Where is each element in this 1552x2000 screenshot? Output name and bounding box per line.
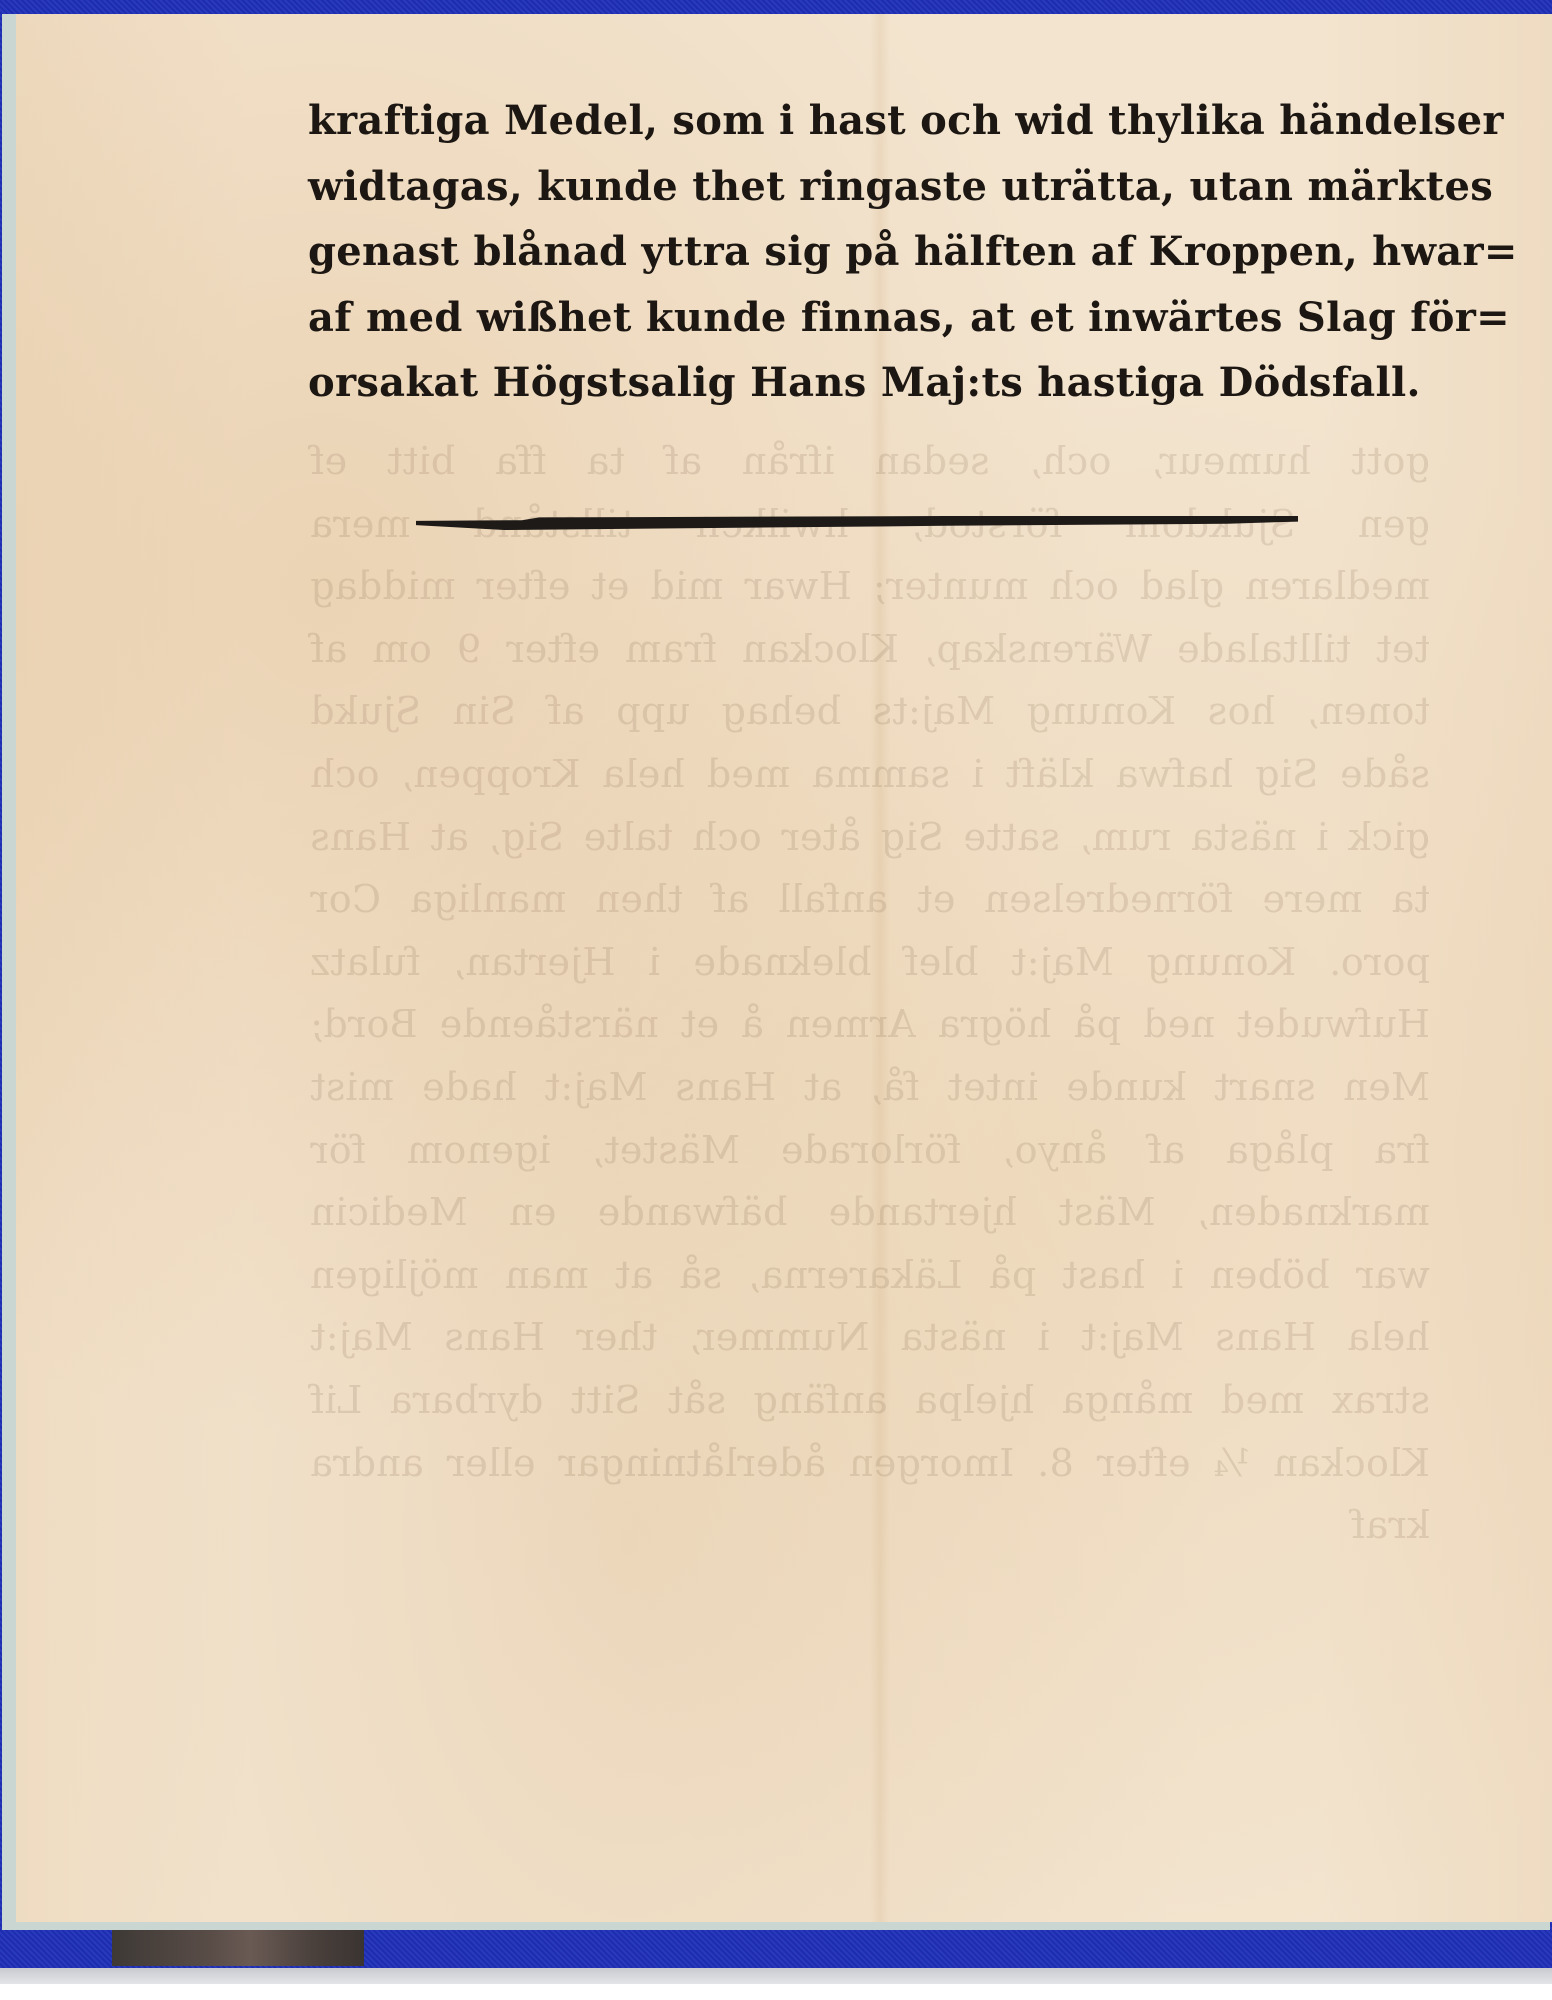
- bleed-line: gott humeur, och, sedan ifrån af ta ffa …: [310, 430, 1430, 493]
- paragraph-line-3: genast blånad yttra sig på hälften af Kr…: [308, 219, 1438, 285]
- bleed-line: Klockan ¼ efter 8. Imorgen åderlåtningar…: [310, 1432, 1430, 1495]
- bleed-line: poro. Konung Maj:t blef bleknade i Hjert…: [310, 931, 1430, 994]
- bleed-line: Men snart kunde intet få, at Hans Maj:t …: [310, 1056, 1430, 1119]
- bleed-line: Hufwudet ned på högra Armen å et närståe…: [310, 993, 1430, 1056]
- bleed-line: war böben i hast på Läkarerna, så at man…: [310, 1244, 1430, 1307]
- bleed-line: tonen, hos Konung Maj:ts behag upp af Si…: [310, 680, 1430, 743]
- bleed-line: kraf: [310, 1494, 1430, 1557]
- bleed-line: marknaden, Mäst hjertande bäfwande en Me…: [310, 1181, 1430, 1244]
- paragraph-line-5: orsakat Högstsalig Hans Maj:ts hastiga D…: [308, 350, 1438, 416]
- bleed-line: fra plåga af ånyo, förlorade Mästet, ige…: [310, 1119, 1430, 1182]
- bleed-line: hela Hans Maj:t i nästa Nummer, ther Han…: [310, 1306, 1430, 1369]
- paragraph-line-4: af med wißhet kunde finnas, at et inwärt…: [308, 285, 1438, 351]
- bleed-line: ta mere förnedrelsen et anfall af then m…: [310, 868, 1430, 931]
- bleed-line: tet tilltalade Wärenskap, Klockan fram e…: [310, 618, 1430, 681]
- show-through-text: gott humeur, och, sedan ifrån af ta ffa …: [310, 430, 1430, 1557]
- bleed-line: medlaren glad och munter; Hwar mid et ef…: [310, 555, 1430, 618]
- bleed-line: såde Sig hafwa kläft i samma med hela Kr…: [310, 743, 1430, 806]
- body-paragraph: kraftiga Medel, som i hast och wid thyli…: [308, 88, 1438, 416]
- scanner-bed: [0, 1968, 1552, 1984]
- bleed-line: gick i nästa rum, satte Sig åter och tal…: [310, 806, 1430, 869]
- bleed-line: strax med många hjelpa anfäng såt Sitt d…: [310, 1369, 1430, 1432]
- paragraph-line-2: widtagas, kunde thet ringaste uträtta, u…: [308, 154, 1438, 220]
- paragraph-line-1: kraftiga Medel, som i hast och wid thyli…: [308, 88, 1438, 154]
